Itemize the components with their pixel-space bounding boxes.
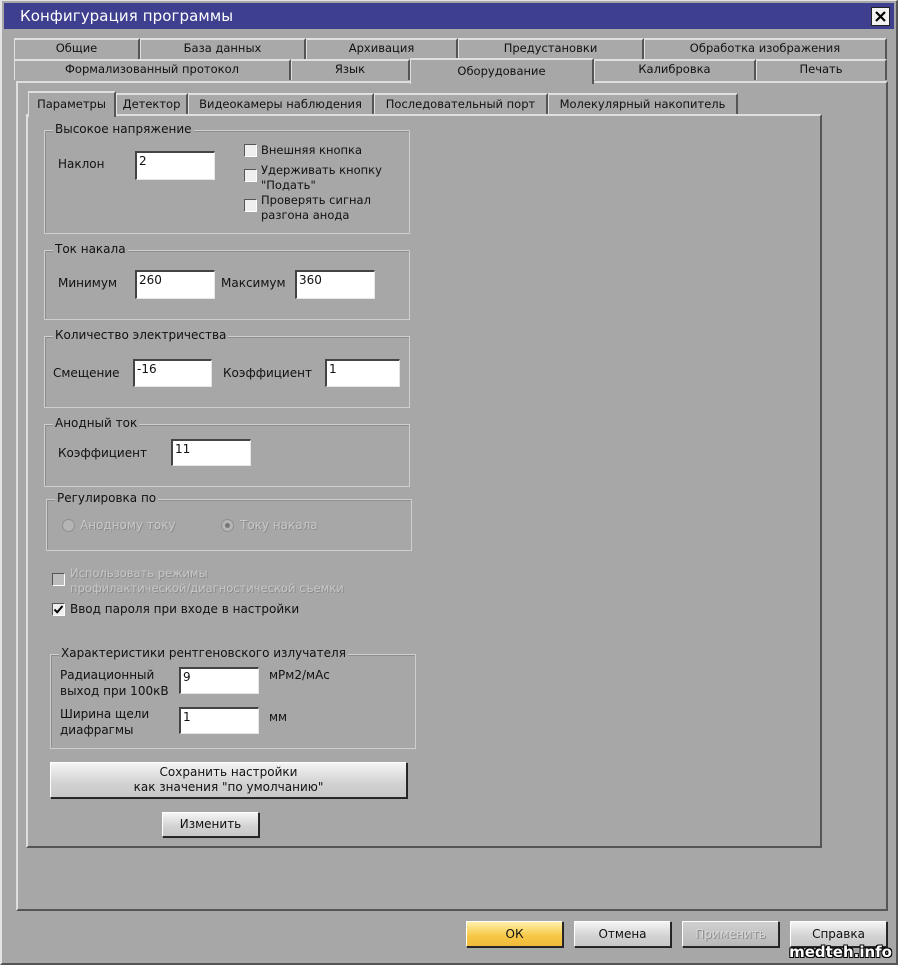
tab-language[interactable]: Язык	[291, 59, 410, 80]
radio-filament-current-label: Току накала	[240, 518, 318, 532]
max-input[interactable]: 360	[295, 270, 375, 299]
use-modes-checkbox[interactable]	[52, 573, 65, 586]
tab-database[interactable]: База данных	[140, 38, 306, 59]
slope-input[interactable]: 2	[135, 151, 215, 180]
min-input[interactable]: 260	[135, 270, 215, 299]
config-window: Конфигурация программы Общие База данных…	[0, 0, 898, 965]
radio-anode-current-label: Анодному току	[80, 518, 176, 532]
tab-image-processing[interactable]: Обработка изображения	[644, 38, 887, 59]
tab-general[interactable]: Общие	[14, 38, 140, 59]
checkmark-icon	[53, 604, 64, 615]
radio-selected-dot	[225, 523, 230, 528]
ok-button[interactable]: ОК	[466, 921, 563, 947]
radio-anode-current[interactable]	[62, 519, 75, 532]
apply-button[interactable]: Применить	[682, 921, 779, 947]
hold-button-checkbox[interactable]	[244, 169, 257, 182]
group-title: Высокое напряжение	[53, 122, 194, 136]
title-bar[interactable]: Конфигурация программы	[4, 3, 894, 29]
check-anode-signal-label: Проверять сигналразгона анода	[261, 193, 371, 223]
charge-coef-input[interactable]: 1	[325, 359, 400, 387]
group-title: Анодный ток	[53, 416, 139, 430]
tab-calibration[interactable]: Калибровка	[594, 59, 756, 80]
tab-equipment[interactable]: Оборудование	[410, 58, 594, 84]
password-label: Ввод пароля при входе в настройки	[70, 602, 299, 617]
slit-label: Ширина щелидиафрагмы	[60, 706, 149, 738]
radio-filament-current[interactable]	[221, 519, 234, 532]
close-x-icon	[874, 10, 887, 23]
tab-molecular-storage[interactable]: Молекулярный накопитель	[548, 93, 738, 115]
change-button[interactable]: Изменить	[162, 812, 259, 837]
tab-print[interactable]: Печать	[756, 59, 887, 80]
anode-coef-label: Коэффициент	[58, 446, 147, 460]
radiation-label: Радиационныйвыход при 100кВ	[60, 667, 169, 699]
group-title: Характеристики рентгеновского излучателя	[59, 646, 348, 660]
window-title: Конфигурация программы	[20, 7, 233, 25]
tab-detector[interactable]: Детектор	[116, 93, 188, 115]
cancel-button[interactable]: Отмена	[574, 921, 671, 947]
group-title: Количество электричества	[53, 328, 228, 342]
use-modes-label: Использовать режимыпрофилактической/диаг…	[70, 566, 344, 596]
close-button[interactable]	[871, 7, 890, 26]
min-label: Минимум	[58, 276, 117, 290]
tab-archive[interactable]: Архивация	[306, 38, 458, 59]
save-default-button[interactable]: Сохранить настройки как значения "по умо…	[50, 762, 407, 798]
radiation-unit: мРм2/мАс	[269, 668, 330, 682]
slope-label: Наклон	[58, 157, 104, 171]
external-button-checkbox[interactable]	[244, 144, 257, 157]
anode-coef-input[interactable]: 11	[171, 439, 251, 466]
max-label: Максимум	[221, 276, 286, 290]
tab-formal-protocol[interactable]: Формализованный протокол	[14, 59, 291, 80]
tab-serial-port[interactable]: Последовательный порт	[374, 93, 548, 115]
hold-button-label: Удерживать кнопку"Подать"	[261, 163, 382, 193]
group-title: Ток накала	[53, 242, 128, 256]
charge-coef-label: Коэффициент	[223, 366, 312, 380]
slit-unit: мм	[269, 710, 287, 724]
tab-presets[interactable]: Предустановки	[458, 38, 644, 59]
external-button-label: Внешняя кнопка	[261, 143, 362, 158]
tab-cameras[interactable]: Видеокамеры наблюдения	[188, 93, 374, 115]
check-anode-signal-checkbox[interactable]	[244, 199, 257, 212]
offset-label: Смещение	[53, 366, 120, 380]
password-checkbox[interactable]	[52, 603, 65, 616]
slit-input[interactable]: 1	[179, 707, 259, 734]
radiation-input[interactable]: 9	[179, 667, 259, 694]
tab-parameters[interactable]: Параметры	[28, 91, 116, 117]
watermark: medteh.info	[789, 943, 892, 961]
group-title: Регулировка по	[55, 491, 158, 505]
offset-input[interactable]: -16	[133, 359, 212, 387]
